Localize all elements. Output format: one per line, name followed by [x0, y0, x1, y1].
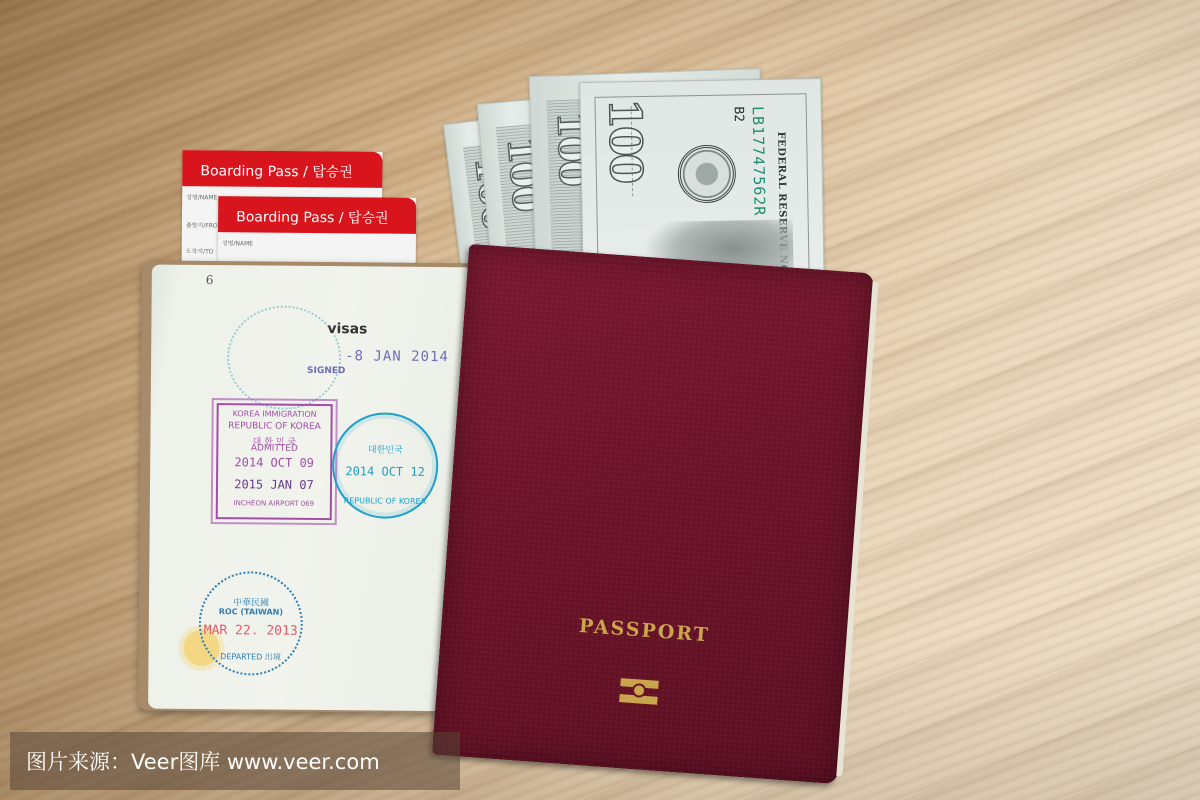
district-code: B2 [731, 106, 746, 122]
photo-scene: 100 100 100 100 B2 LB17747562R FEDERAL R… [0, 0, 1200, 800]
watermark-text: 图片来源：Veer图库 www.veer.com [26, 746, 380, 776]
passport-title: PASSPORT [441, 605, 848, 657]
biometric-chip-icon [619, 678, 659, 705]
boarding-pass-header: Boarding Pass / 탑승권 [182, 150, 382, 188]
korea-departure-stamp: 대한민국 2014 OCT 12 REPUBLIC OF KOREA [332, 412, 439, 519]
passport-visa-page: 6 visas -8 JAN 2014 SIGNED KOREA IMMIGRA… [148, 265, 482, 712]
boarding-pass-header: Boarding Pass / 탑승권 [218, 196, 416, 234]
taiwan-stamp: 中華民國 ROC (TAIWAN) MAR 22. 2013 DEPARTED … [198, 571, 303, 676]
korea-admitted-stamp: KOREA IMMIGRATION REPUBLIC OF KOREA 대 한 … [216, 403, 333, 520]
watermark: 图片来源：Veer图库 www.veer.com [10, 732, 460, 790]
page-number: 6 [206, 273, 214, 287]
closed-passport: PASSPORT [432, 244, 874, 784]
boarding-pass: Boarding Pass / 탑승권 성명/NAME [218, 196, 417, 268]
signatures [631, 106, 670, 197]
serial-number: LB17747562R [749, 106, 769, 217]
